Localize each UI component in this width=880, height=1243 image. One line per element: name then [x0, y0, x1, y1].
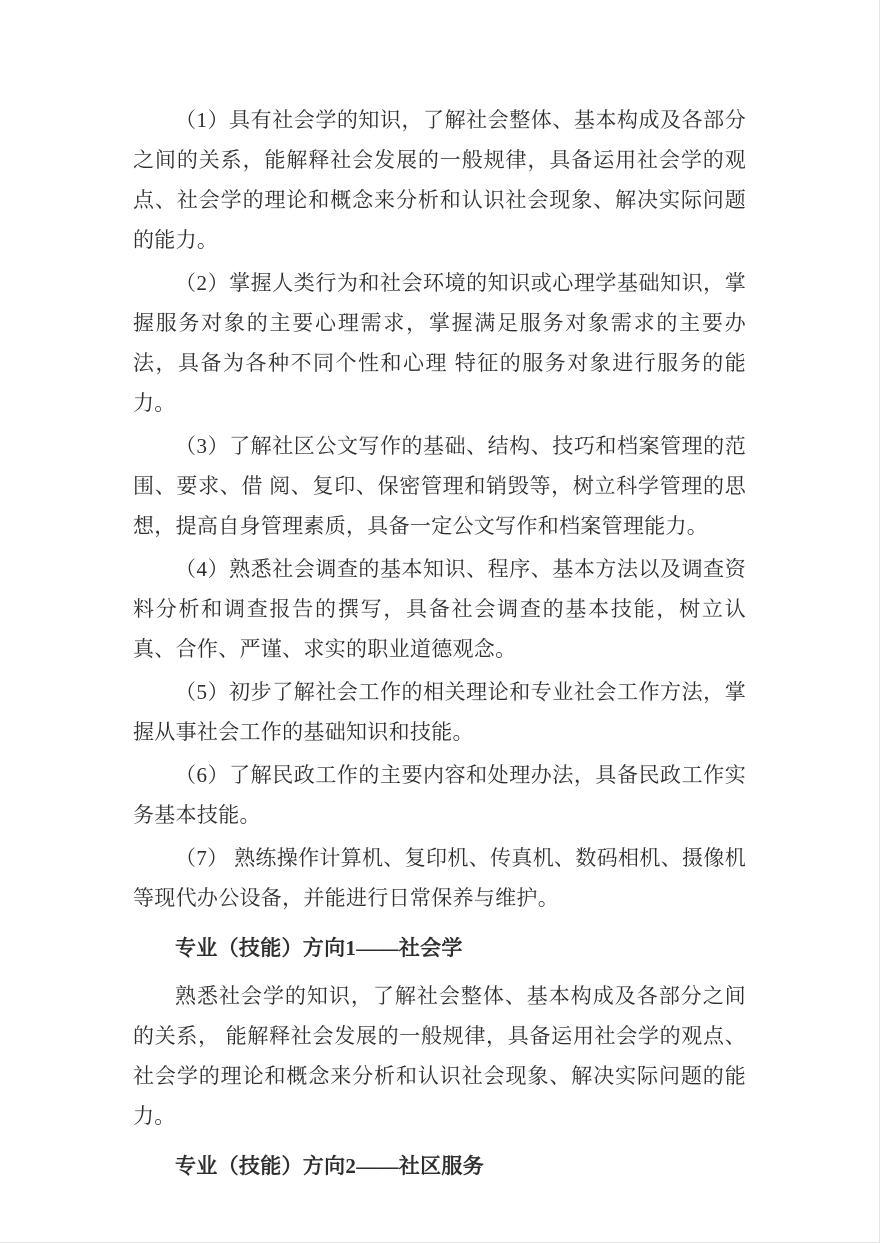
paragraph-ability-6: （6）了解民政工作的主要内容和处理办法，具备民政工作实务基本技能。 — [133, 755, 746, 835]
section-heading-direction-1: 专业（技能）方向1——社会学 — [133, 928, 746, 968]
paragraph-ability-4: （4）熟悉社会调查的基本知识、程序、基本方法以及调查资料分析和调查报告的撰写，具… — [133, 549, 746, 669]
paragraph-ability-5: （5）初步了解社会工作的相关理论和专业社会工作方法，掌握从事社会工作的基础知识和… — [133, 672, 746, 752]
document-page: （1）具有社会学的知识，了解社会整体、基本构成及各部分之间的关系，能解释社会发展… — [0, 0, 880, 1243]
paragraph-direction-1-detail: 熟悉社会学的知识，了解社会整体、基本构成及各部分之间的关系， 能解释社会发展的一… — [133, 976, 746, 1136]
paragraph-ability-2: （2）掌握人类行为和社会环境的知识或心理学基础知识，掌握服务对象的主要心理需求，… — [133, 263, 746, 423]
paragraph-ability-3: （3）了解社区公文写作的基础、结构、技巧和档案管理的范围、要求、借 阅、复印、保… — [133, 426, 746, 546]
section-heading-direction-2: 专业（技能）方向2——社区服务 — [133, 1146, 746, 1186]
paragraph-ability-1: （1）具有社会学的知识，了解社会整体、基本构成及各部分之间的关系，能解释社会发展… — [133, 100, 746, 260]
paragraph-ability-7: （7） 熟练操作计算机、复印机、传真机、数码相机、摄像机等现代办公设备，并能进行… — [133, 838, 746, 918]
